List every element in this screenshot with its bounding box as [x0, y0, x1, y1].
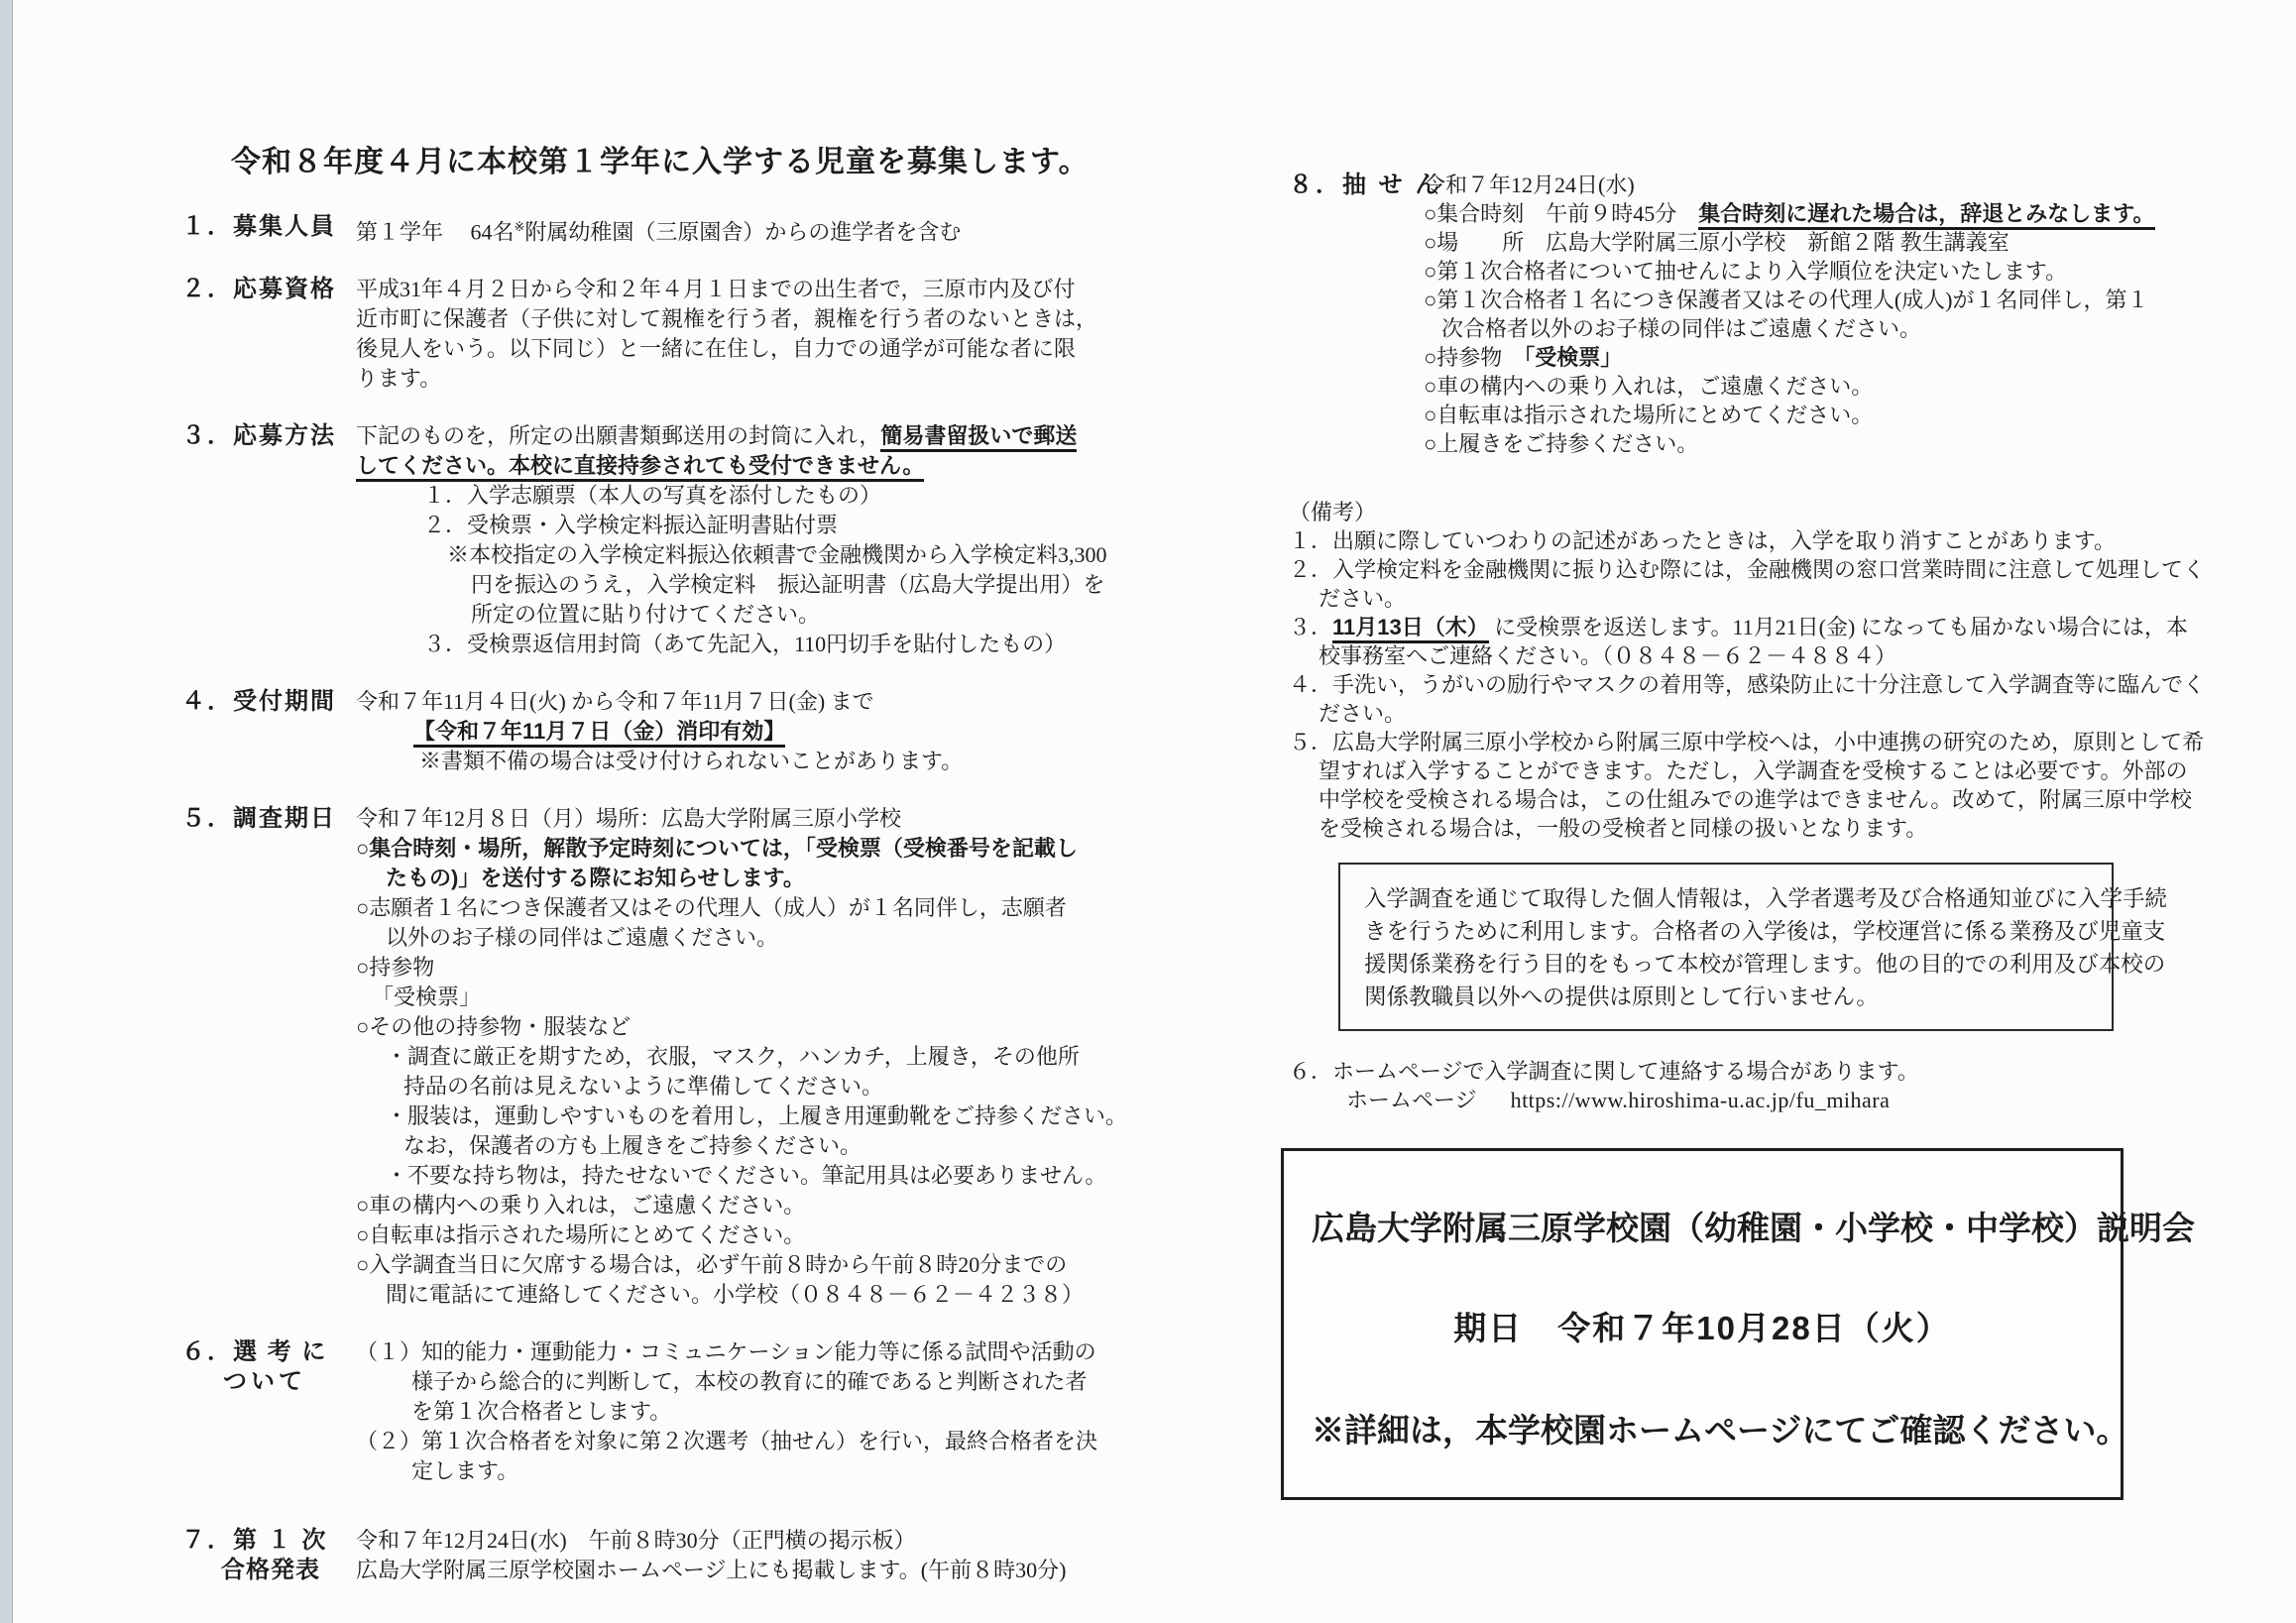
text-line: ６．ホームページで入学調査に関して連絡する場合があります。 [1289, 1057, 2211, 1086]
footnote-mark: ※ [515, 219, 525, 234]
text-line: 「受検票」 [356, 983, 1212, 1012]
section-application-method: ３．応募方法 下記のものを，所定の出願書類郵送用の封筒に入れ，簡易書留扱いで郵送… [181, 421, 1212, 659]
text-line: 間に電話にて連絡してください。小学校（０８４８－６２－４２３８） [356, 1280, 1212, 1310]
text-line: 第１学年 64名※附属幼稚園（三原園舎）からの進学者を含む [356, 212, 1212, 247]
emphasis-text: 集合時刻に遅れた場合は，辞退とみなします。 [1698, 201, 2154, 230]
text-line: 令和７年12月８日（月）場所：広島大学附属三原小学校 [356, 804, 1212, 834]
text-line: ○持参物 「受検票」 [1424, 343, 2211, 372]
text-line: ○集合時刻・場所，解散予定時刻については，「受検票（受検番号を記載し [356, 834, 1212, 864]
scan-edge-strip [0, 0, 13, 1623]
text-segment: に受検票を返送します。11月21日(金) になっても届かない場合には，本 [1489, 615, 2188, 639]
text-line: 所定の位置に貼り付けてください。 [356, 600, 1212, 630]
text-line: してください。本校に直接持参されても受付できません。 [356, 451, 1212, 481]
text-line: 定します。 [356, 1456, 1212, 1486]
text-line: ※本校指定の入学検定料振込依頼書で金融機関から入学検定料3,300 [356, 540, 1212, 570]
left-column: 令和８年度４月に本校第１学年に入学する児童を募集します。 １．募集人員 第１学年… [181, 137, 1212, 1613]
section-label: ４．受付期間 [181, 687, 356, 776]
section-label: １．募集人員 [181, 212, 356, 247]
text-line: 関係教職員以外への提供は原則として行いません。 [1364, 981, 2088, 1013]
emphasis-text: 【令和７年11月７日（金）消印有効】 [413, 719, 785, 748]
remarks-item-6: ６．ホームページで入学調査に関して連絡する場合があります。 ホームページhttp… [1289, 1057, 2211, 1114]
text-line: ださい。 [1289, 699, 2211, 728]
section-label: ６．選 考 に ついて [181, 1337, 356, 1486]
section-label: ７．第 １ 次 合格発表 [181, 1526, 356, 1585]
remarks-section: （備考） １．出願に際していつわりの記述があったときは，入学を取り消すことがあり… [1289, 498, 2211, 843]
text-line: ４．手洗い，うがいの励行やマスクの着用等，感染防止に十分注意して入学調査等に臨ん… [1289, 670, 2211, 699]
emphasis-text: ○集合時刻・場所，解散予定時刻については，「受検票（受検番号を記載し [356, 836, 1078, 861]
page-title: 令和８年度４月に本校第１学年に入学する児童を募集します。 [181, 137, 1212, 180]
section-label: ５．調査期日 [181, 804, 356, 1310]
text-line: 様子から総合的に判断して，本校の教育に的確であると判断された者 [356, 1367, 1212, 1397]
text-line: ○場 所 広島大学附属三原小学校 新館２階 教生講義室 [1424, 228, 2211, 257]
text-line: （２）第１次合格者を対象に第２次選考（抽せん）を行い，最終合格者を決 [356, 1427, 1212, 1456]
text-line: 以外のお子様の同伴はご遠慮ください。 [356, 923, 1212, 953]
emphasis-text: 「受検票」 [1524, 345, 1622, 370]
section-eligibility: ２．応募資格 平成31年４月２日から令和２年４月１日までの出生者で，三原市内及び… [181, 275, 1212, 394]
text-line: 後見人をいう。以下同じ）と一緒に在住し，自力での通学が可能な者に限 [356, 334, 1212, 364]
emphasis-text: 簡易書留扱いで郵送 [880, 423, 1077, 452]
text-line: 望すれば入学することができます。ただし，入学調査を受検することは必要です。外部の [1289, 756, 2211, 785]
text-line: ホームページhttps://www.hiroshima-u.ac.jp/fu_m… [1289, 1086, 2211, 1114]
privacy-notice-box: 入学調査を通じて取得した個人情報は，入学者選考及び合格通知並びに入学手続 きを行… [1338, 863, 2114, 1031]
section-label-line2: 合格発表 [181, 1556, 356, 1585]
text-line: たもの)」を送付する際にお知らせします。 [356, 864, 1212, 893]
text-line: ります。 [356, 364, 1212, 394]
text-line: 近市町に保護者（子供に対して親権を行う者，親権を行う者のないときは， [356, 304, 1212, 334]
text-line: ○自転車は指示された場所にとめてください。 [356, 1220, 1212, 1250]
text-line: 入学調査を通じて取得した個人情報は，入学者選考及び合格通知並びに入学手続 [1364, 882, 2088, 915]
right-column: ８．抽 せ ん 令和７年12月24日(水) ○集合時刻 午前９時45分 集合時刻… [1289, 171, 2211, 1500]
text-line: 令和７年11月４日(火) から令和７年11月７日(金) まで [356, 687, 1212, 717]
emphasis-text: してください。本校に直接持参されても受付できません。 [356, 453, 924, 482]
text-line: ○持参物 [356, 953, 1212, 983]
text-line: ３．受検票返信用封筒（あて先記入，110円切手を貼付したもの） [356, 630, 1212, 659]
text-line: ○第１次合格者について抽せんにより入学順位を決定いたします。 [1424, 257, 2211, 286]
text-line: ○上履きをご持参ください。 [1424, 429, 2211, 458]
text-line: ○集合時刻 午前９時45分 集合時刻に遅れた場合は，辞退とみなします。 [1424, 199, 2211, 228]
scanned-document-page: 令和８年度４月に本校第１学年に入学する児童を募集します。 １．募集人員 第１学年… [0, 0, 2296, 1623]
text-line: ３．11月13日（木） に受検票を返送します。11月21日(金) になっても届か… [1289, 613, 2211, 641]
text-segment: ３． [1289, 615, 1332, 639]
section-lottery: ８．抽 せ ん 令和７年12月24日(水) ○集合時刻 午前９時45分 集合時刻… [1289, 171, 2211, 458]
emphasis-text: たもの)」を送付する際にお知らせします。 [386, 866, 805, 890]
text-line: きを行うために利用します。合格者の入学後は，学校運営に係る業務及び児童支 [1364, 915, 2088, 948]
text-line: を第１次合格者とします。 [356, 1397, 1212, 1427]
section-label-line1: ６．選 考 に [181, 1337, 356, 1367]
text-line: 広島大学附属三原学校園ホームページ上にも掲載します。(午前８時30分) [356, 1556, 1212, 1585]
text-segment: ○集合時刻 午前９時45分 [1424, 201, 1698, 226]
emphasis-text: 11月13日（木） [1332, 615, 1489, 643]
text-segment: 附属幼稚園（三原園舎）からの進学者を含む [524, 219, 961, 244]
section-label: ８．抽 せ ん [1289, 171, 1424, 458]
text-line: ○自転車は指示された場所にとめてください。 [1424, 401, 2211, 429]
text-segment: 下記のものを，所定の出願書類郵送用の封筒に入れ， [356, 423, 880, 448]
text-line: ○車の構内への乗り入れは，ご遠慮ください。 [1424, 372, 2211, 401]
section-examination-date: ５．調査期日 令和７年12月８日（月）場所：広島大学附属三原小学校 ○集合時刻・… [181, 804, 1212, 1310]
text-line: ○第１次合格者１名につき保護者又はその代理人(成人)が１名同伴し，第１ [1424, 286, 2211, 314]
section-label-line2: ついて [181, 1367, 356, 1397]
text-line: １．出願に際していつわりの記述があったときは，入学を取り消すことがあります。 [1289, 526, 2211, 555]
text-line: ○入学調査当日に欠席する場合は，必ず午前８時から午前８時20分までの [356, 1250, 1212, 1280]
section-label: ３．応募方法 [181, 421, 356, 659]
text-line: なお，保護者の方も上履きをご持参ください。 [356, 1131, 1212, 1161]
section-recruit-number: １．募集人員 第１学年 64名※附属幼稚園（三原園舎）からの進学者を含む [181, 212, 1212, 247]
section-selection: ６．選 考 に ついて （１）知的能力・運動能力・コミュニケーション能力等に係る… [181, 1337, 1212, 1486]
information-session-box: 広島大学附属三原学校園（幼稚園・小学校・中学校）説明会 期日 令和７年10月28… [1281, 1148, 2124, 1500]
text-segment: ○持参物 [1424, 345, 1524, 370]
homepage-url: https://www.hiroshima-u.ac.jp/fu_mihara [1511, 1088, 1891, 1112]
text-line: （１）知的能力・運動能力・コミュニケーション能力等に係る試問や活動の [356, 1337, 1212, 1367]
text-line: 令和７年12月24日(水) 午前８時30分（正門横の掲示板） [356, 1526, 1212, 1556]
text-line: ○車の構内への乗り入れは，ご遠慮ください。 [356, 1191, 1212, 1220]
text-line: 持品の名前は見えないように準備してください。 [356, 1072, 1212, 1101]
text-line: 援関係業務を行う目的をもって本校が管理します。他の目的での利用及び本校の [1364, 948, 2088, 981]
text-line: ・服装は，運動しやすいものを着用し，上履き用運動靴をご持参ください。 [356, 1101, 1212, 1131]
section-first-result: ７．第 １ 次 合格発表 令和７年12月24日(水) 午前８時30分（正門横の掲… [181, 1526, 1212, 1585]
text-line: ・不要な持ち物は，持たせないでください。筆記用具は必要ありません。 [356, 1161, 1212, 1191]
text-line: ２．入学検定料を金融機関に振り込む際には，金融機関の窓口営業時間に注意して処理し… [1289, 555, 2211, 584]
text-line: ・調査に厳正を期すため，衣服，マスク，ハンカチ，上履き，その他所 [356, 1042, 1212, 1072]
text-line: ※書類不備の場合は受け付けられないことがあります。 [356, 747, 1212, 776]
section-label-line1: ７．第 １ 次 [181, 1526, 356, 1556]
text-line: 下記のものを，所定の出願書類郵送用の封筒に入れ，簡易書留扱いで郵送 [356, 421, 1212, 451]
text-segment: ホームページ [1346, 1088, 1477, 1112]
text-line: ２．受検票・入学検定料振込証明書貼付票 [356, 511, 1212, 540]
text-segment: 第１学年 64名 [356, 219, 515, 244]
text-line: ださい。 [1289, 584, 2211, 613]
text-line: 次合格者以外のお子様の同伴はご遠慮ください。 [1424, 314, 2211, 343]
text-line: 円を振込のうえ，入学検定料 振込証明書（広島大学提出用）を [356, 570, 1212, 600]
session-title: 広島大学附属三原学校園（幼稚園・小学校・中学校）説明会 [1312, 1203, 2093, 1249]
section-label: ２．応募資格 [181, 275, 356, 394]
text-line: 平成31年４月２日から令和２年４月１日までの出生者で，三原市内及び付 [356, 275, 1212, 304]
text-line: 【令和７年11月７日（金）消印有効】 [356, 717, 1212, 747]
text-line: ○志願者１名につき保護者又はその代理人（成人）が１名同伴し，志願者 [356, 893, 1212, 923]
text-line: ５．広島大学附属三原小学校から附属三原中学校へは，小中連携の研究のため，原則とし… [1289, 728, 2211, 756]
remarks-header: （備考） [1289, 498, 2211, 526]
session-date: 期日 令和７年10月28日（火） [1312, 1303, 2093, 1349]
section-acceptance-period: ４．受付期間 令和７年11月４日(火) から令和７年11月７日(金) まで 【令… [181, 687, 1212, 776]
text-line: を受検される場合は，一般の受検者と同様の扱いとなります。 [1289, 814, 2211, 843]
text-line: 中学校を受検される場合は，この仕組みでの進学はできません。改めて，附属三原中学校 [1289, 785, 2211, 814]
text-line: ○その他の持参物・服装など [356, 1012, 1212, 1042]
text-line: 校事務室へご連絡ください。（０８４８－６２－４８８４） [1289, 641, 2211, 670]
text-line: １．入学志願票（本人の写真を添付したもの） [356, 481, 1212, 511]
session-note: ※詳細は，本学校園ホームページにてご確認ください。 [1312, 1405, 2093, 1451]
text-line: 令和７年12月24日(水) [1424, 171, 2211, 199]
